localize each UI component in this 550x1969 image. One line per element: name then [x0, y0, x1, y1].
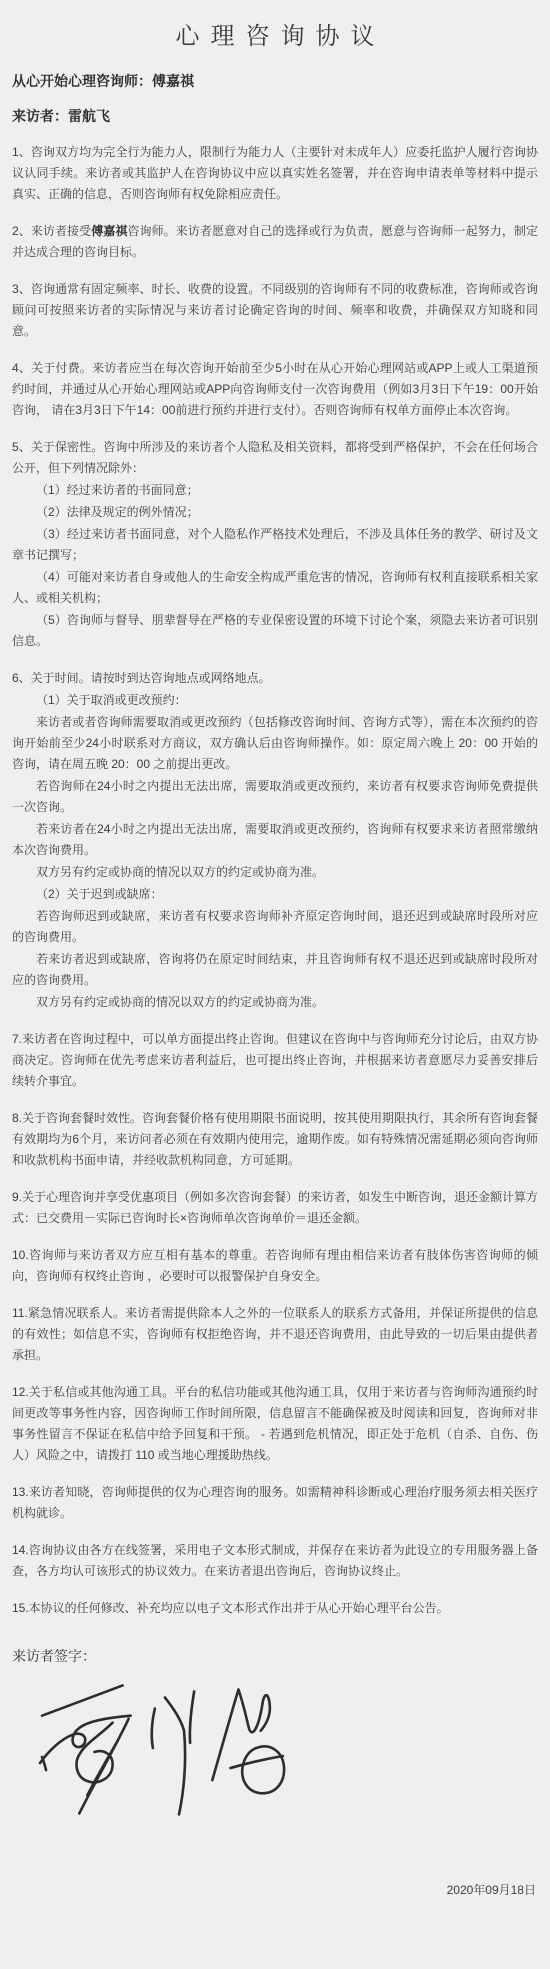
clause-14: 14.咨询协议由各方在线签署，采用电子文本形式制成，并保存在来访者为此设立的专用… [12, 1540, 538, 1582]
clause-12: 12.关于私信或其他沟通工具。平台的私信功能或其他沟通工具，仅用于来访者与咨询师… [12, 1382, 538, 1466]
clause-7: 7.来访者在咨询过程中，可以单方面提出终止咨询。但建议在咨询中与咨询师充分讨论后… [12, 1029, 538, 1092]
clause-4: 4、关于付费。来访者应当在每次咨询开始前至少5小时在从心开始心理网站或APP上或… [12, 358, 538, 421]
clause-6-text-5: 若咨询师迟到或缺席，来访者有权要求咨询师补齐原定咨询时间，退还迟到或缺席时段所对… [12, 906, 538, 948]
clause-9: 9.关于心理咨询并享受优惠项目（例如多次咨询套餐）的来访者，如发生中断咨询，退还… [12, 1187, 538, 1229]
signature-area [38, 1678, 310, 1840]
clause-6-item-1: （1）关于取消或更改预约： [12, 690, 538, 711]
clause-6-text-2: 若咨询师在24小时之内提出无法出席，需要取消或更改预约，来访者有权要求咨询师免费… [12, 776, 538, 818]
clause-3: 3、咨询通常有固定频率、时长、收费的设置。不同级别的咨询师有不同的收费标准，咨询… [12, 279, 538, 342]
clause-5: 5、关于保密性。咨询中所涉及的来访者个人隐私及相关资料，都将受到严格保护，不会在… [12, 437, 538, 479]
clause-5-item-1: （1）经过来访者的书面同意； [12, 480, 538, 501]
counselor-line: 从心开始心理咨询师：傅嘉祺 [12, 71, 538, 91]
signature-label: 来访者签字： [12, 1646, 538, 1666]
clause-10: 10.咨询师与来访者双方应互相有基本的尊重。若咨询师有理由相信来访者有肢体伤害咨… [12, 1245, 538, 1287]
clause-6-text-4: 双方另有约定或协商的情况以双方的约定或协商为准。 [12, 862, 538, 883]
clause-2: 2、来访者接受傅嘉祺咨询师。来访者愿意对自己的选择或行为负责，愿意与咨询师一起努… [12, 221, 538, 263]
clause-13: 13.来访者知晓，咨询师提供的仅为心理咨询的服务。如需精神科诊断或心理治疗服务须… [12, 1482, 538, 1524]
clause-6: 6、关于时间。请按时到达咨询地点或网络地点。 [12, 668, 538, 689]
clause-5-item-5: （5）咨询师与督导、朋辈督导在严格的专业保密设置的环境下讨论个案，须隐去来访者可… [12, 610, 538, 652]
clause-6-item-2: （2）关于迟到或缺席： [12, 884, 538, 905]
clause-1: 1、咨询双方均为完全行为能力人，限制行为能力人（主要针对未成年人）应委托监护人履… [12, 142, 538, 205]
clause-5-item-2: （2）法律及规定的例外情况； [12, 502, 538, 523]
clause-5-item-4: （4）可能对来访者自身或他人的生命安全构成严重危害的情况，咨询师有权利直接联系相… [12, 567, 538, 609]
agreement-document: 心理咨询协议 从心开始心理咨询师：傅嘉祺 来访者：雷航飞 1、咨询双方均为完全行… [0, 0, 550, 1969]
visitor-line: 来访者：雷航飞 [12, 106, 538, 126]
clause-6-text-7: 双方另有约定或协商的情况以双方的约定或协商为准。 [12, 992, 538, 1013]
clauses: 1、咨询双方均为完全行为能力人，限制行为能力人（主要针对未成年人）应委托监护人履… [12, 142, 538, 1619]
clause-6-text-6: 若来访者迟到或缺席，咨询将仍在原定时间结束，并且咨询师有权不退还迟到或缺席时段所… [12, 949, 538, 991]
clause-6-text-3: 若来访者在24小时之内提出无法出席，需要取消或更改预约，咨询师有权要求来访者照常… [12, 819, 538, 861]
clause-6-text-1: 来访者或者咨询师需要取消或更改预约（包括修改咨询时间、咨询方式等），需在本次预约… [12, 712, 538, 775]
clause-15: 15.本协议的任何修改、补充均应以电子文本形式作出并于从心开始心理平台公告。 [12, 1598, 538, 1619]
clause-5-item-3: （3）经过来访者书面同意，对个人隐私作严格技术处理后，不涉及具体任务的教学、研讨… [12, 524, 538, 566]
agreement-date: 2020年09月18日 [12, 1882, 538, 1899]
clause-8: 8.关于咨询套餐时效性。咨询套餐价格有使用期限书面说明，按其使用期限执行，其余所… [12, 1108, 538, 1171]
clause-11: 11.紧急情况联系人。来访者需提供除本人之外的一位联系人的联系方式备用，并保证所… [12, 1303, 538, 1366]
page-title: 心理咨询协议 [12, 16, 538, 51]
signature-scribble-icon [38, 1678, 310, 1840]
